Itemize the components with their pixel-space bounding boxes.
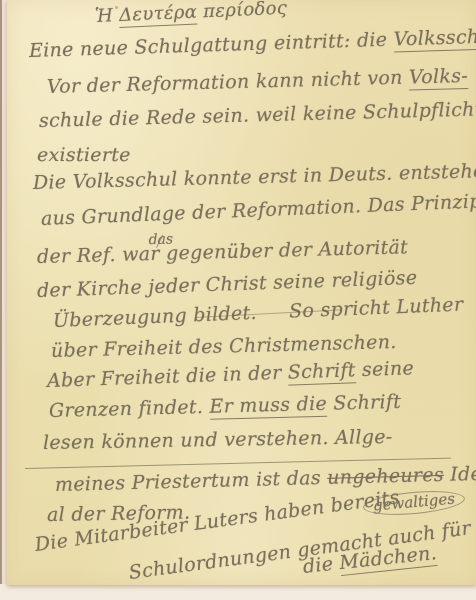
heading-underlined-word: Δευτέρα bbox=[119, 2, 198, 28]
handwritten-line-12: Grenzen findet. Er muss die Schrift bbox=[49, 391, 402, 422]
line-text: Schrift bbox=[327, 391, 402, 415]
handwritten-line-4: existierte bbox=[37, 144, 131, 166]
handwritten-line-3: schule die Rede sein. weil keine Schulpf… bbox=[39, 98, 476, 132]
line-text: die bbox=[302, 552, 341, 578]
line-text: Aber Freiheit die in der bbox=[47, 362, 289, 392]
scan-bottom-edge bbox=[0, 584, 476, 600]
scanned-manuscript-page: Ἡ Δευτέρα περίοδος Eine neue Schulgattun… bbox=[0, 0, 476, 600]
handwritten-line-13: lesen können und verstehen. Allge- bbox=[43, 426, 393, 454]
line-text: Überzeugung bildet. bbox=[53, 302, 258, 332]
line-text: aus Grundlage der Reformation. Das Prinz… bbox=[41, 190, 476, 230]
line-text: lesen können und verstehen. Allge- bbox=[43, 426, 393, 454]
handwritten-line-10: über Freiheit des Christmenschen. bbox=[51, 331, 397, 362]
underlined-word: Volks- bbox=[409, 65, 469, 91]
line-text: Grenzen findet. bbox=[49, 396, 210, 422]
struck-word: ungeheures bbox=[327, 464, 444, 489]
handwritten-line-2: Vor der Reformation kann nicht von Volks… bbox=[47, 65, 469, 98]
underlined-phrase: Er muss die bbox=[209, 393, 327, 420]
heading-text: Ἡ bbox=[95, 5, 120, 27]
manuscript-paper: Ἡ Δευτέρα περίοδος Eine neue Schulgattun… bbox=[7, 0, 476, 585]
underlined-word: Volksschule bbox=[393, 25, 476, 53]
line-text: So spricht Luther bbox=[289, 294, 464, 323]
heading-text: περίοδος bbox=[197, 0, 288, 23]
line-text: der Ref. war bbox=[37, 243, 167, 268]
line-text: existierte bbox=[37, 144, 131, 166]
underlined-word: Schrift bbox=[287, 359, 356, 385]
handwritten-line-7: der Ref. war gegenüber der Autorität das bbox=[37, 236, 409, 268]
line-text: Eine neue Schulgattung eintritt: die bbox=[29, 29, 394, 62]
handwritten-line-1: Eine neue Schulgattung eintritt: die Vol… bbox=[29, 25, 476, 62]
handwritten-line-6: aus Grundlage der Reformation. Das Prinz… bbox=[41, 190, 476, 230]
line-text: schule die Rede sein. weil keine Schulpf… bbox=[39, 98, 476, 132]
heading-greek: Ἡ Δευτέρα περίοδος bbox=[95, 0, 288, 28]
line-text: Vor der Reformation kann nicht von bbox=[47, 67, 410, 98]
line-text: meines Priestertum ist das bbox=[55, 467, 328, 496]
line-text: seine bbox=[355, 357, 414, 381]
line-text: Ide- bbox=[444, 463, 476, 486]
line-text: über Freiheit des Christmenschen. bbox=[51, 331, 397, 362]
line-text: gegenüber der Autorität bbox=[166, 236, 409, 264]
handwritten-line-11: Aber Freiheit die in der Schrift seine bbox=[47, 357, 415, 392]
